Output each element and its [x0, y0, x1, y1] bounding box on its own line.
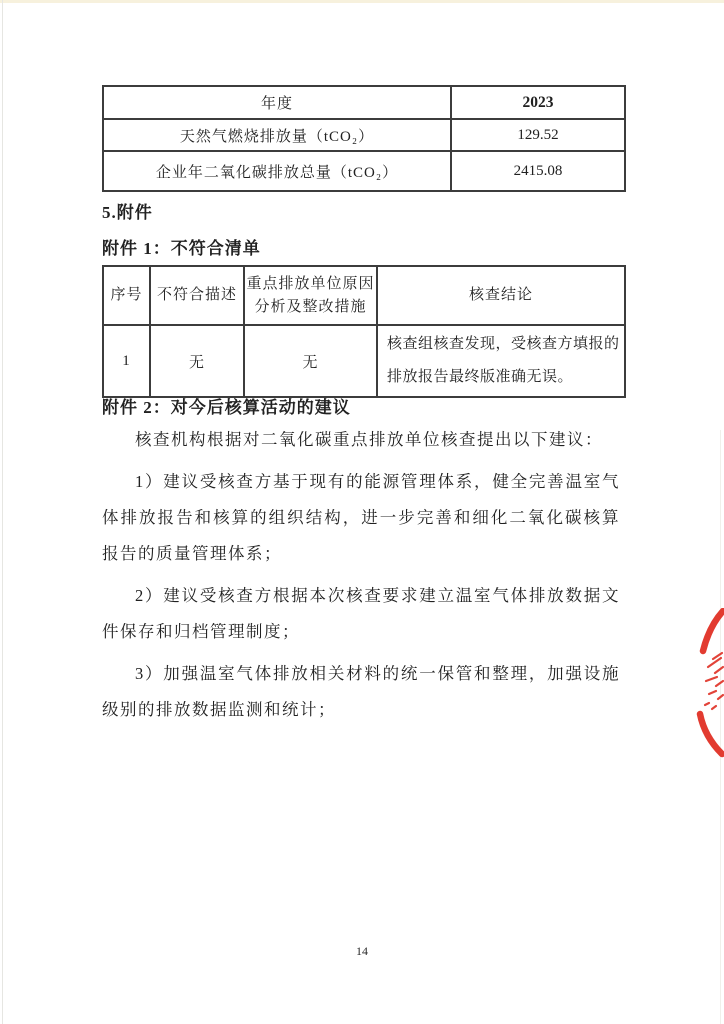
annex-1-heading: 附件 1：不符合清单 [102, 234, 261, 259]
document-page: 年度 2023 天然气燃烧排放量（tCO₂） 129.52 企业年二氧化碳排放总… [0, 0, 724, 1024]
table-header-row: 序号 不符合描述 重点排放单位原因 分析及整改措施 核查结论 [103, 266, 625, 325]
gas-emission-value-cell: 129.52 [451, 119, 625, 151]
table-row: 天然气燃烧排放量（tCO₂） 129.52 [103, 119, 625, 151]
paragraph-intro: 核查机构根据对二氧化碳重点排放单位核查提出以下建议： [102, 422, 620, 458]
table-row: 企业年二氧化碳排放总量（tCO₂） 2415.08 [103, 151, 625, 191]
header-cause-measures: 重点排放单位原因 分析及整改措施 [244, 266, 377, 325]
header-conclusion: 核查结论 [377, 266, 625, 325]
header-no: 序号 [103, 266, 150, 325]
paragraph-recommendation-1: 1）建议受核查方基于现有的能源管理体系，健全完善温室气体排放报告和核算的组织结构… [102, 464, 620, 572]
header-description: 不符合描述 [150, 266, 244, 325]
paragraph-recommendation-2: 2）建议受核查方根据本次核查要求建立温室气体排放数据文件保存和归档管理制度； [102, 578, 620, 650]
nonconformity-table: 序号 不符合描述 重点排放单位原因 分析及整改措施 核查结论 1 无 无 核查组… [102, 265, 626, 398]
official-seal-stamp-partial [688, 608, 724, 760]
year-value-cell: 2023 [451, 86, 625, 119]
recommendations-section: 核查机构根据对二氧化碳重点排放单位核查提出以下建议： 1）建议受核查方基于现有的… [102, 422, 620, 734]
table-row: 1 无 无 核查组核查发现，受核查方填报的 排放报告最终版准确无误。 [103, 325, 625, 397]
emission-summary-table: 年度 2023 天然气燃烧排放量（tCO₂） 129.52 企业年二氧化碳排放总… [102, 85, 626, 192]
year-label-cell: 年度 [103, 86, 451, 119]
gas-emission-label-cell: 天然气燃烧排放量（tCO₂） [103, 119, 451, 151]
cell-cause-measures: 无 [244, 325, 377, 397]
table-row: 年度 2023 [103, 86, 625, 119]
page-edge-left [2, 0, 3, 1024]
total-emission-value-cell: 2415.08 [451, 151, 625, 191]
page-number: 14 [0, 944, 724, 959]
cell-description: 无 [150, 325, 244, 397]
seal-icon [688, 608, 724, 760]
cell-no: 1 [103, 325, 150, 397]
paragraph-recommendation-3: 3）加强温室气体排放相关材料的统一保管和整理，加强设施级别的排放数据监测和统计； [102, 656, 620, 728]
cell-conclusion: 核查组核查发现，受核查方填报的 排放报告最终版准确无误。 [377, 325, 625, 397]
annex-2-heading: 附件 2：对今后核算活动的建议 [102, 393, 351, 418]
section-5-heading: 5.附件 [102, 198, 153, 223]
page-edge-right [720, 430, 721, 1024]
total-emission-label-cell: 企业年二氧化碳排放总量（tCO₂） [103, 151, 451, 191]
